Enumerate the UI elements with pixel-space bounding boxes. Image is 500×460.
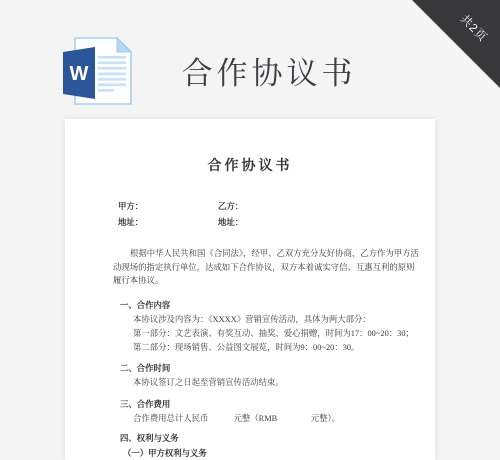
- template-title: 合作协议书: [0, 48, 500, 93]
- intro-line: 动现场的指定执行单位，达成如下合作协议，双方本着诚实守信、互惠互利的原则: [113, 262, 415, 274]
- section-2-line: 本协议签订之日起至营销宣传活动结束。: [133, 377, 284, 389]
- section-4-heading: 四、权利与义务: [120, 433, 179, 445]
- section-1-line: 本协议涉及内容为：《XXXX》营销宣传活动，具体为两大部分：: [133, 314, 371, 326]
- template-preview-card: W 合作协议书 共2页 合作协议书 甲方： 乙方： 地址： 地址： 根据中华人民…: [0, 0, 500, 460]
- document-preview-page: 合作协议书 甲方： 乙方： 地址： 地址： 根据中华人民共和国《合同法》，经甲、…: [65, 119, 435, 460]
- section-1-line: 第一部分：文艺表演、有奖互动、抽奖、爱心捐赠，时间为17：00~20：30；: [133, 328, 414, 340]
- party-b-label: 乙方：: [218, 201, 243, 213]
- section-3-heading: 三、合作费用: [120, 399, 170, 411]
- intro-line: 履行本协议。: [113, 275, 163, 287]
- address-b-label: 地址：: [218, 217, 243, 229]
- party-a-label: 甲方：: [118, 201, 143, 213]
- document-title: 合作协议书: [65, 161, 435, 173]
- section-1-heading: 一、合作内容: [120, 300, 170, 312]
- section-4-sub-heading: （一）甲方权利与义务: [123, 448, 207, 460]
- page-count-label: 共2页: [449, 3, 500, 54]
- intro-line: 根据中华人民共和国《合同法》，经甲、乙双方充分友好协商，乙方作为甲方活: [130, 248, 419, 260]
- address-a-label: 地址：: [118, 217, 143, 229]
- section-1-line: 第二部分：现场销售、公益图文展览，时间为9：00~20：30。: [133, 342, 359, 354]
- section-2-heading: 二、合作时间: [120, 363, 170, 375]
- section-3-line: 合作费用总计人民币 元整（RMB 元整）。: [133, 413, 340, 425]
